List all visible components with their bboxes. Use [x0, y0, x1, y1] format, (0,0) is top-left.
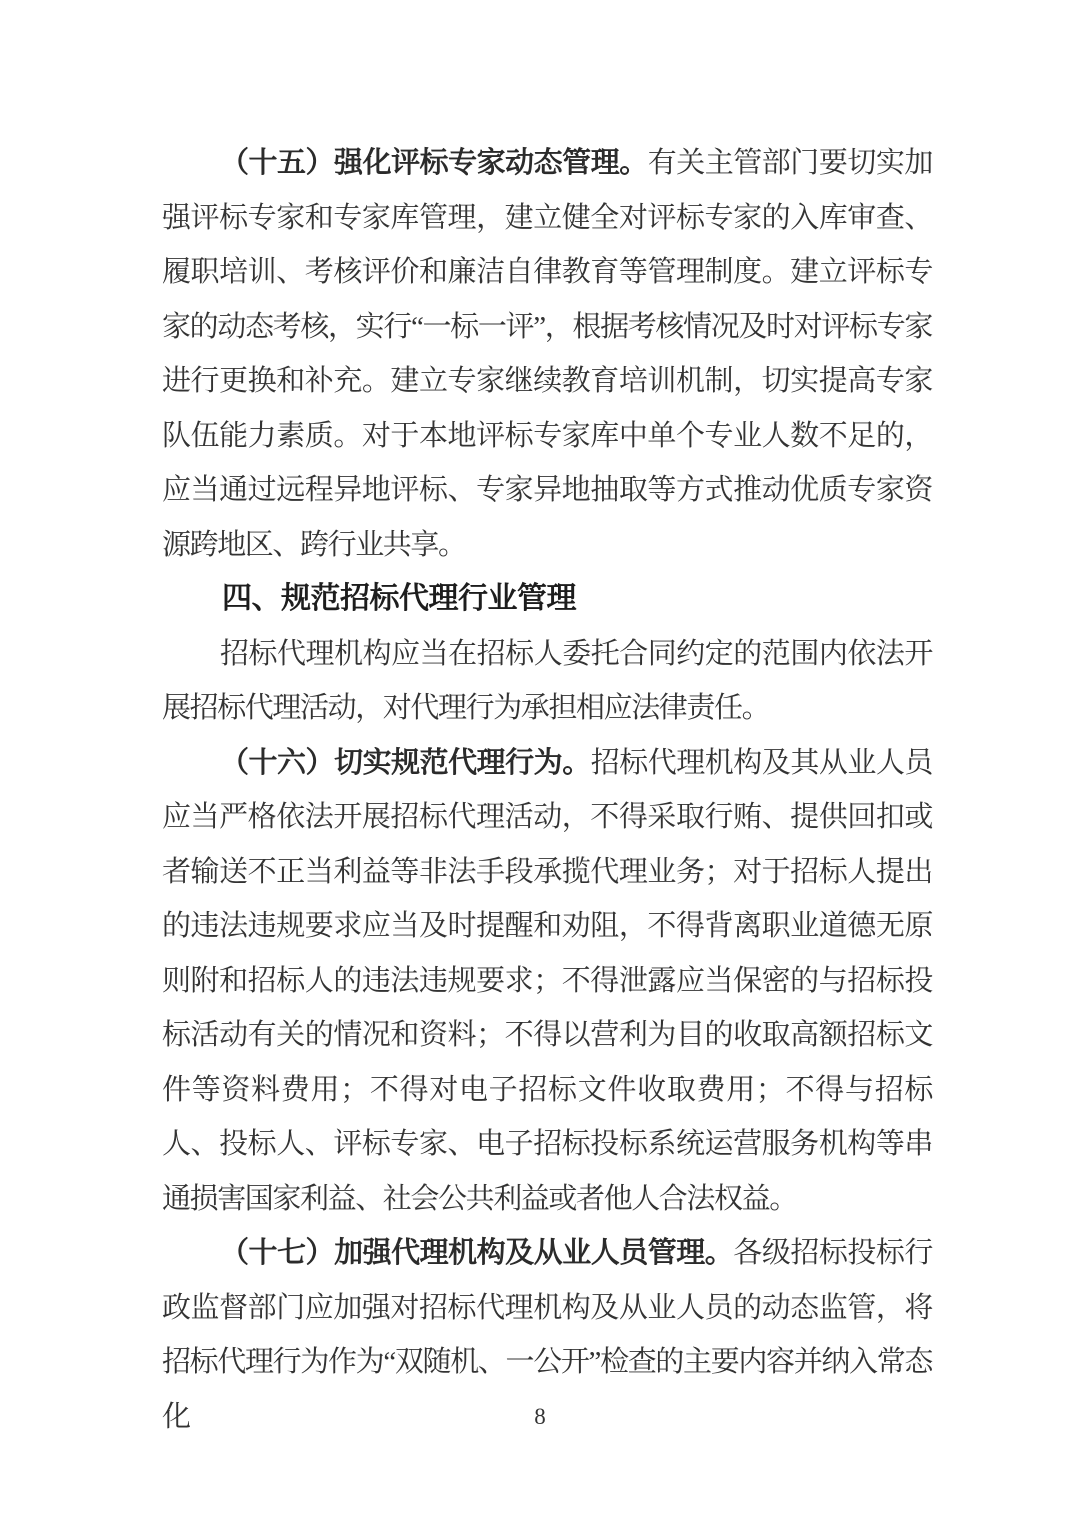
para-item-16-text: 招标代理机构及其从业人员应当严格依法开展招标代理活动，不得采取行贿、提供回扣或者… — [162, 747, 932, 1215]
section-4-heading: 四、规范招标代理行业管理 — [162, 572, 932, 627]
document-page: （十五）强化评标专家动态管理。有关主管部门要切实加强评标专家和专家库管理，建立健… — [0, 0, 1080, 1527]
para-item-15-text: 有关主管部门要切实加强评标专家和专家库管理，建立健全对评标专家的入库审查、履职培… — [162, 147, 932, 561]
para-item-15: （十五）强化评标专家动态管理。有关主管部门要切实加强评标专家和专家库管理，建立健… — [162, 136, 932, 572]
para-item-17-lead: （十七）加强代理机构及从业人员管理。 — [220, 1237, 733, 1269]
para-item-15-lead: （十五）强化评标专家动态管理。 — [220, 147, 648, 179]
document-content: （十五）强化评标专家动态管理。有关主管部门要切实加强评标专家和专家库管理，建立健… — [162, 136, 932, 1444]
para-section-4-intro: 招标代理机构应当在招标人委托合同约定的范围内依法开展招标代理活动，对代理行为承担… — [162, 627, 932, 736]
para-section-4-intro-text: 招标代理机构应当在招标人委托合同约定的范围内依法开展招标代理活动，对代理行为承担… — [162, 638, 932, 725]
page-number: 8 — [0, 1402, 1080, 1432]
para-item-16-lead: （十六）切实规范代理行为。 — [220, 747, 591, 779]
para-item-16: （十六）切实规范代理行为。招标代理机构及其从业人员应当严格依法开展招标代理活动，… — [162, 736, 932, 1227]
